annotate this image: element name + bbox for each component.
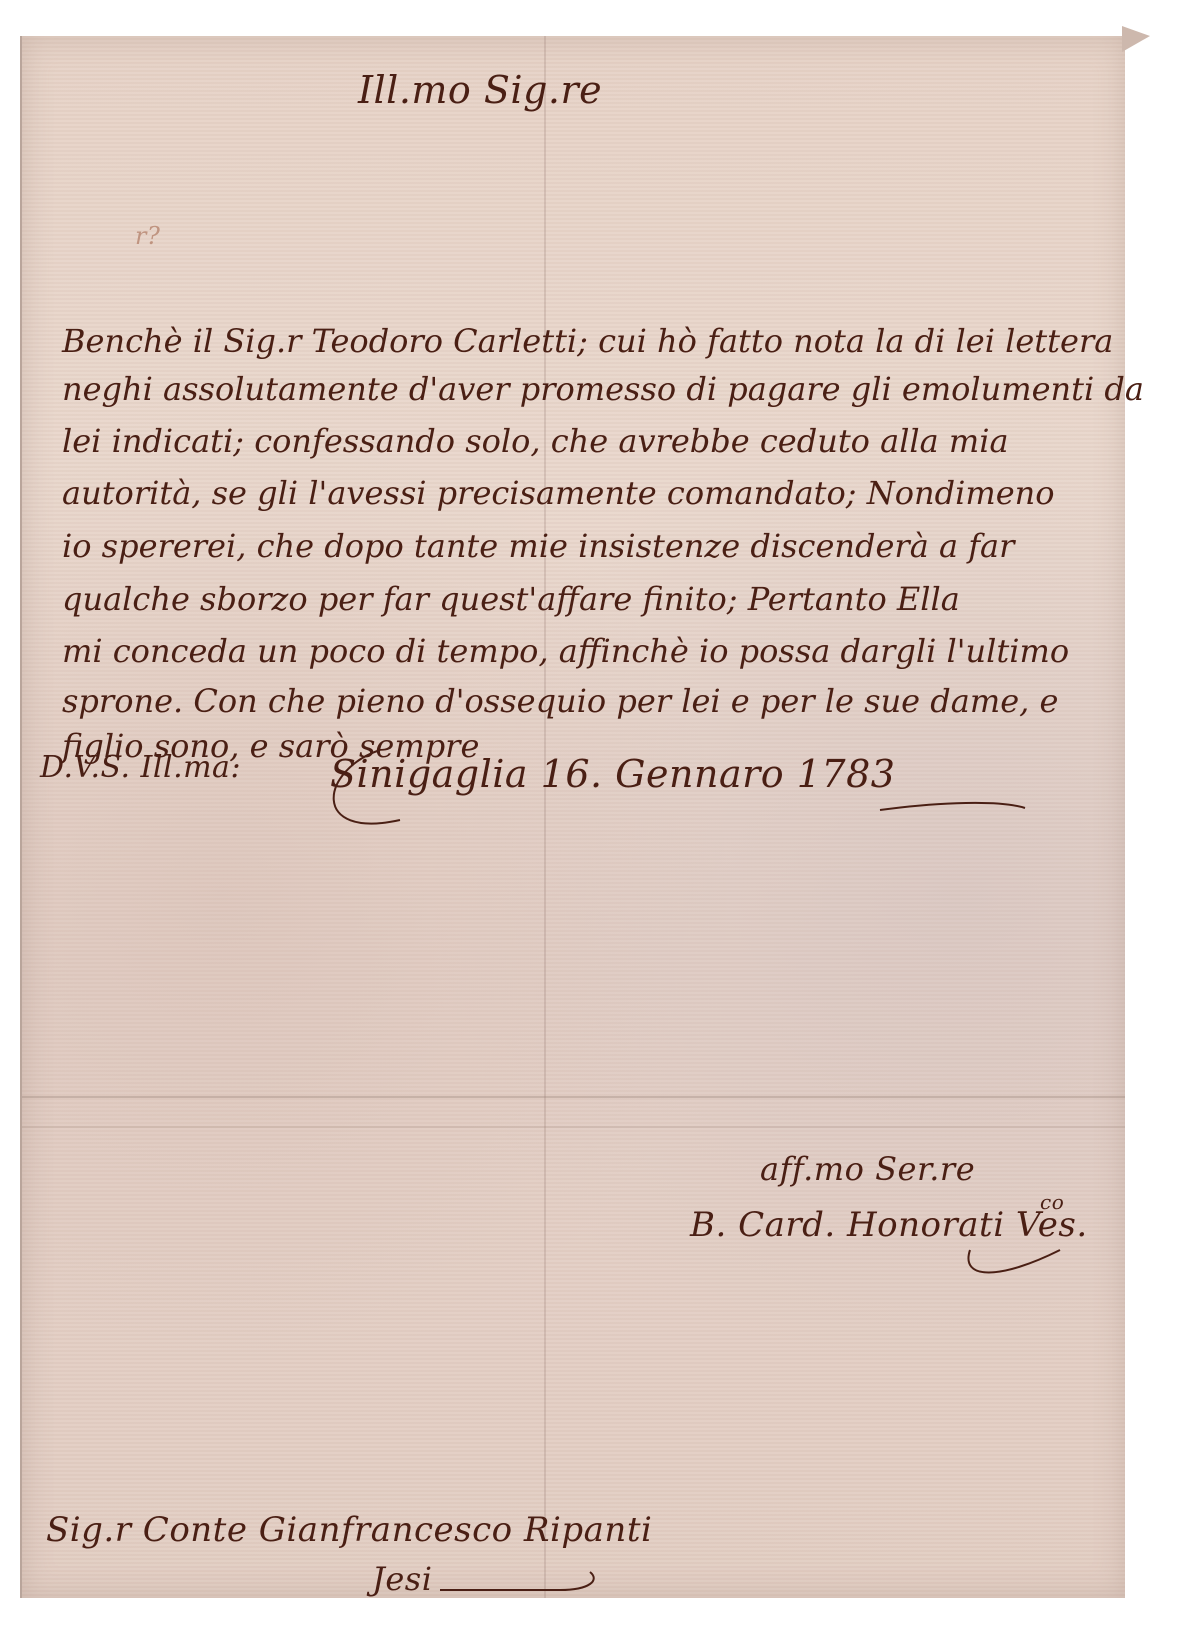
body-line: sprone. Con che pieno d'ossequio per lei… bbox=[62, 682, 1058, 720]
body-line: mi conceda un poco di tempo, affinchè io… bbox=[62, 632, 1069, 670]
date-flourish-icon bbox=[320, 730, 1040, 840]
body-line: lei indicati; confessando solo, che avre… bbox=[62, 422, 1009, 460]
closing-honorific: D.V.S. Ill.ma: bbox=[40, 750, 241, 785]
margin-mark: r? bbox=[135, 222, 160, 250]
body-line: qualche sborzo per far quest'affare fini… bbox=[62, 580, 960, 618]
fold-line-horizontal bbox=[22, 1096, 1125, 1098]
signature-flourish-icon bbox=[960, 1240, 1080, 1300]
salutation: Ill.mo Sig.re bbox=[358, 68, 602, 112]
address-recipient: Sig.r Conte Gianfrancesco Ripanti bbox=[46, 1510, 652, 1550]
signature-line-2: B. Card. Honorati Ves. bbox=[690, 1205, 1088, 1245]
body-line: neghi assolutamente d'aver promesso di p… bbox=[62, 370, 1144, 408]
signature-line-1: aff.mo Ser.re bbox=[760, 1150, 975, 1188]
address-city: Jesi bbox=[372, 1560, 432, 1598]
address-flourish-icon bbox=[440, 1560, 620, 1620]
body-line: io spererei, che dopo tante mie insisten… bbox=[62, 527, 1014, 565]
fold-line-horizontal bbox=[22, 1126, 1125, 1128]
signature-superscript: co bbox=[1040, 1190, 1064, 1214]
paper-corner-tab bbox=[1122, 26, 1150, 52]
body-line: autorità, se gli l'avessi precisamente c… bbox=[62, 474, 1055, 512]
body-line: Benchè il Sig.r Teodoro Carletti; cui hò… bbox=[62, 322, 1113, 360]
